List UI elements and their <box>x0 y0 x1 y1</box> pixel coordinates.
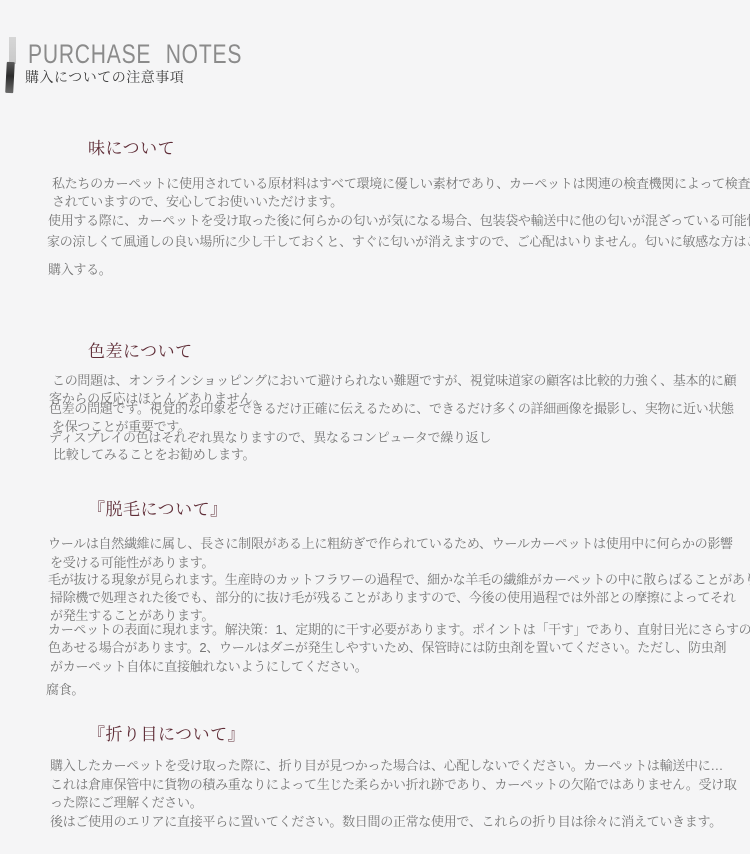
body-text-line: 使用する際に、カーペットを受け取った後に何らかの匂いが気になる場合、包装袋や輸送… <box>48 213 750 229</box>
body-text-line: 購入したカーペットを受け取った際に、折り目が見つかった場合は、心配しないでくださ… <box>50 758 723 774</box>
body-text-line: 腐食。 <box>46 682 84 698</box>
body-text-line: った際にご理解ください。 <box>50 795 202 811</box>
body-text-line: 色あせる場合があります。2、ウールはダニが発生しやすいため、保管時には防虫剤を置… <box>48 640 726 656</box>
purchase-notes-page: PURCHASE NOTES 購入についての注意事項 味について私たちのカーペッ… <box>0 0 750 854</box>
accent-bar-light <box>9 37 16 64</box>
body-text-line: がカーペット自体に直接触れないようにしてください。 <box>50 659 368 675</box>
body-text-line: カーペットの表面に現れます。解決策：1、定期的に干す必要があります。ポイントは「… <box>48 622 750 638</box>
body-text-line: されていますので、安心してお使いいただけます。 <box>52 194 343 210</box>
body-text-line: 私たちのカーペットに使用されている原材料はすべて環境に優しい素材であり、カーペッ… <box>52 176 750 192</box>
section-heading: 味について <box>88 138 175 159</box>
page-title: PURCHASE NOTES <box>28 38 242 72</box>
body-text-line: 購入する。 <box>48 262 112 278</box>
body-text-line: これは倉庫保管中に貨物の積み重なりによって生じた柔らかい折れ跡であり、カーペット… <box>50 777 737 793</box>
accent-bar-dark <box>5 62 15 93</box>
body-text-line: 比較してみることをお勧めします。 <box>53 447 255 463</box>
body-text-line: ディスプレイの色はそれぞれ異なりますので、異なるコンピュータで繰り返し <box>49 430 491 446</box>
body-text-line: 家の涼しくて風通しの良い場所に少し干しておくと、すぐに匂いが消えますので、ご心配… <box>47 234 750 250</box>
body-text-line: 毛が抜ける現象が見られます。生産時のカットフラワーの過程で、細かな羊毛の繊維がカ… <box>48 572 750 588</box>
section-heading: 『折り目について』 <box>88 724 245 745</box>
section-heading: 色差について <box>88 341 193 362</box>
body-text-line: この問題は、オンラインショッピングにおいて避けられない難題ですが、視覚味道家の顧… <box>52 373 736 389</box>
body-text-line: 掃除機で処理された後でも、部分的に抜け毛が残ることがありますので、今後の使用過程… <box>50 590 736 606</box>
body-text-line: 色差の問題です。視覚的な印象をできるだけ正確に伝えるために、できるだけ多くの詳細… <box>49 401 734 417</box>
page-subtitle: 購入についての注意事項 <box>25 69 184 87</box>
section-heading: 『脱毛について』 <box>88 499 228 520</box>
body-text-line: ウールは自然繊維に属し、長さに制限がある上に粗紡ぎで作られているため、ウールカー… <box>48 536 733 552</box>
body-text-line: を受ける可能性があります。 <box>50 555 214 571</box>
body-text-line: 後はご使用のエリアに直接平らに置いてください。数日間の正常な使用で、これらの折り… <box>50 814 722 830</box>
